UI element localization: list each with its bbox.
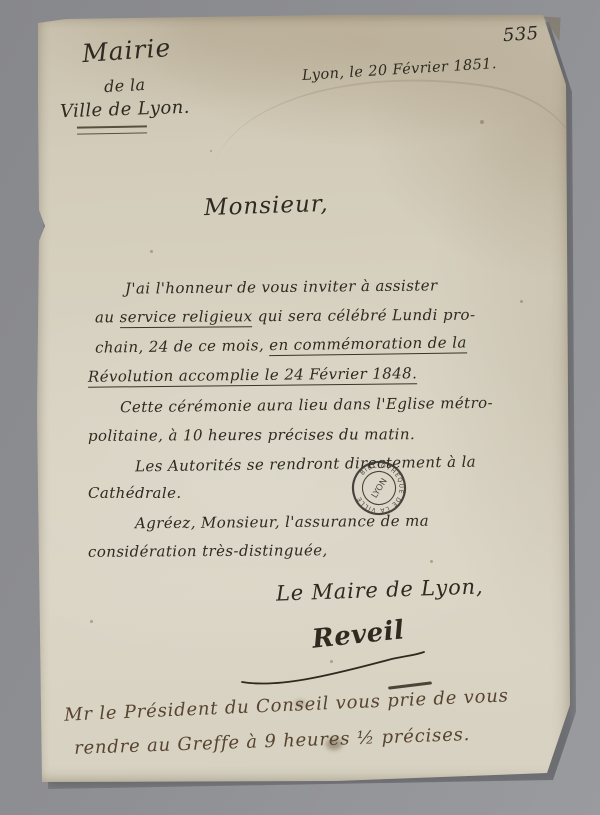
body-line: considération très-distinguée,: [88, 541, 328, 561]
paper-speck: [520, 300, 523, 303]
underlined-text: Révolution accomplie le 24 Février 1848.: [88, 364, 417, 387]
body-text: qui sera célébré Lundi pro-: [252, 306, 475, 326]
body-line: Révolution accomplie le 24 Février 1848.: [88, 364, 417, 385]
paper-crease: [207, 49, 585, 250]
salutation: Monsieur,: [204, 191, 329, 221]
stamp-center-text: LYON: [370, 477, 390, 500]
page-number: 535: [502, 23, 539, 46]
underlined-text: en commémoration de la: [269, 333, 467, 356]
paper-speck: [90, 620, 93, 623]
body-text: au: [95, 308, 120, 326]
paper-speck: [480, 120, 484, 124]
body-line: J'ai l'honneur de vous inviter à assiste…: [125, 276, 438, 297]
signature-flourish: [238, 648, 428, 688]
letterhead-rule: [77, 125, 147, 134]
scanned-letter-photo: Mairie de la Ville de Lyon. 535 Lyon, le…: [0, 0, 600, 815]
body-line: Cathédrale.: [88, 484, 182, 502]
letterhead-line1: Mairie: [81, 33, 172, 68]
underlined-text: service religieux: [120, 307, 253, 328]
paper-speck: [150, 250, 153, 253]
folded-corner: [542, 17, 560, 42]
body-line: politaine, à 10 heures précises du matin…: [88, 425, 415, 445]
body-line: au service religieux qui sera célébré Lu…: [95, 306, 476, 327]
paper-speck: [430, 560, 433, 563]
body-text: chain, 24 de ce mois,: [95, 336, 269, 356]
letterhead-line2: de la: [104, 75, 146, 96]
paper-speck: [210, 150, 212, 152]
body-line: chain, 24 de ce mois, en commémoration d…: [95, 333, 467, 356]
